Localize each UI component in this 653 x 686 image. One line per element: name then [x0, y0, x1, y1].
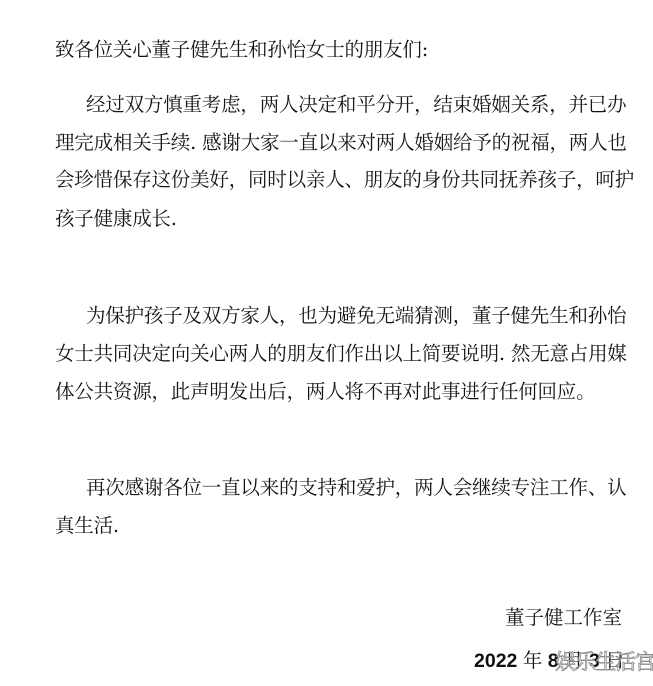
- date-year-unit: 年: [523, 649, 543, 672]
- paragraph-line: 女士共同决定向关心两人的朋友们作出以上简要说明. 然无意占用媒: [55, 342, 627, 366]
- paragraph-line: 会珍惜保存这份美好，同时以亲人、朋友的身份共同抚养孩子，呵护: [55, 168, 634, 192]
- paragraph-line: 体公共资源，此声明发出后，两人将不再对此事进行任何回应。: [55, 380, 595, 404]
- paragraph-line: 为保护孩子及双方家人，也为避免无端猜测，董子健先生和孙怡: [86, 304, 626, 328]
- paragraph-line: 经过双方慎重考虑，两人决定和平分开，结束婚姻关系，并已办: [86, 93, 626, 117]
- paragraph-line: 真生活.: [55, 514, 119, 538]
- paragraph-line: 再次感谢各位一直以来的支持和爱护，两人会继续专注工作、认: [86, 476, 626, 500]
- greeting: 致各位关心董子健先生和孙怡女士的朋友们:: [55, 38, 428, 62]
- date-year: 2022: [474, 650, 517, 672]
- signature-organization: 董子健工作室: [505, 606, 622, 630]
- paragraph-line: 理完成相关手续. 感谢大家一直以来对两人婚姻给予的祝福，两人也: [55, 131, 627, 155]
- paragraph-line: 孩子健康成长.: [55, 207, 177, 231]
- watermark: 娱乐生活宫: [555, 650, 653, 674]
